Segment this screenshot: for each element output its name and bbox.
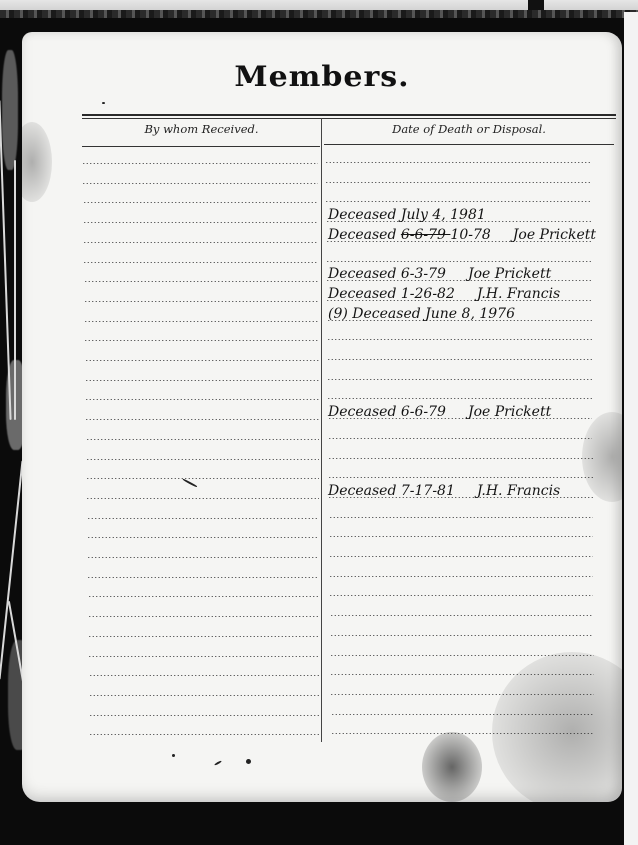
entry-date: 6-6-79 xyxy=(401,404,446,420)
dotted-rule-right xyxy=(330,674,593,675)
column-header-death: Date of Death or Disposal. xyxy=(322,122,616,136)
column-divider xyxy=(321,118,322,742)
entry-date: 10-78 xyxy=(450,227,490,243)
ledger-page: Members. By whom Received. Date of Death… xyxy=(22,32,622,802)
dotted-rule-left xyxy=(85,380,319,381)
dotted-rule-left xyxy=(87,577,319,578)
dotted-rule-right xyxy=(330,655,594,656)
dotted-rule-left xyxy=(83,222,318,223)
entry-signature: Joe Prickett xyxy=(468,404,551,420)
dotted-rule-right xyxy=(330,694,593,695)
dotted-rule-left xyxy=(89,675,320,676)
entry-label: Deceased xyxy=(328,286,401,302)
entry-signature: Joe Prickett xyxy=(468,266,551,282)
dotted-rule-right xyxy=(329,536,593,537)
dotted-rule-left xyxy=(87,557,319,558)
dotted-rule-left xyxy=(84,321,318,322)
dotted-rule-left xyxy=(84,281,319,282)
dotted-rule-right xyxy=(329,517,593,518)
entry-date: 6-3-79 xyxy=(401,266,446,282)
header-rule-left xyxy=(82,146,320,147)
dotted-rule-right xyxy=(330,635,594,636)
death-entry: Deceased 6-6-79Joe Prickett xyxy=(328,405,551,419)
entry-signature: J.H. Francis xyxy=(477,286,560,302)
header-rule-top-thin xyxy=(82,118,616,119)
death-entry: (9) Deceased June 8, 1976 xyxy=(328,307,515,321)
dotted-rule-left xyxy=(85,360,319,361)
dotted-rule-left xyxy=(87,518,319,519)
dotted-rule-right xyxy=(325,201,591,202)
dotted-rule-right xyxy=(326,261,592,262)
death-entry: Deceased July 4, 1981 xyxy=(328,208,486,222)
entry-label: Deceased xyxy=(328,227,401,243)
death-entry: Deceased 1-26-82J.H. Francis xyxy=(328,287,560,301)
dotted-rule-left xyxy=(88,636,319,637)
scanner-right-margin xyxy=(624,12,638,845)
dotted-rule-left xyxy=(86,439,319,440)
death-entry: Deceased 7-17-81J.H. Francis xyxy=(328,484,560,498)
dotted-rule-right xyxy=(327,359,592,360)
dotted-rule-right xyxy=(328,458,593,459)
dotted-rule-right xyxy=(327,379,592,380)
page-title: Members. xyxy=(22,61,622,93)
death-entry: Deceased 6-6-79 10-78Joe Prickett xyxy=(328,228,596,242)
book-top-edge xyxy=(0,10,638,18)
dotted-rule-right xyxy=(325,182,591,183)
dotted-rule-left xyxy=(83,262,318,263)
dotted-rule-right xyxy=(327,398,592,399)
entry-signature: Joe Prickett xyxy=(513,227,596,243)
entry-date: 7-17-81 xyxy=(401,483,455,499)
column-header-received: By whom Received. xyxy=(82,122,321,136)
dotted-rule-left xyxy=(88,656,319,657)
dotted-rule-left xyxy=(83,202,319,203)
dotted-rule-left xyxy=(88,596,320,597)
dotted-rule-left xyxy=(88,616,319,617)
entry-signature: J.H. Francis xyxy=(477,483,560,499)
entry-date: 1-26-82 xyxy=(401,286,455,302)
dotted-rule-right xyxy=(330,615,594,616)
dotted-rule-right xyxy=(329,576,593,577)
dotted-rule-right xyxy=(328,438,593,439)
dotted-rule-right xyxy=(329,595,593,596)
dotted-rule-left xyxy=(86,459,319,460)
header-rule-top xyxy=(82,114,616,116)
dotted-rule-left xyxy=(86,498,319,499)
dotted-rule-right xyxy=(331,733,594,734)
dotted-rule-left xyxy=(84,340,318,341)
dotted-rule-right xyxy=(325,162,591,163)
entry-label: Deceased xyxy=(328,404,401,420)
dotted-rule-left xyxy=(87,537,319,538)
entry-struck-date: 6-6-79 xyxy=(401,227,451,243)
entry-label: Deceased xyxy=(328,207,401,223)
dotted-rule-left xyxy=(89,715,319,716)
dotted-rule-left xyxy=(82,183,318,184)
dotted-rule-left xyxy=(85,399,319,400)
dotted-rule-left xyxy=(84,301,319,302)
entry-label: (9) Deceased xyxy=(328,306,425,322)
dotted-rule-left xyxy=(83,242,318,243)
dotted-rule-right xyxy=(327,339,592,340)
entry-label: Deceased xyxy=(328,266,401,282)
dotted-rule-left xyxy=(82,163,318,164)
entry-label: Deceased xyxy=(328,483,401,499)
entry-date: June 8, 1976 xyxy=(425,306,515,322)
dotted-rule-right xyxy=(329,556,593,557)
header-rule-right xyxy=(324,144,614,145)
dotted-rule-right xyxy=(328,477,592,478)
dotted-rule-left xyxy=(89,695,320,696)
death-entry: Deceased 6-3-79Joe Prickett xyxy=(328,267,551,281)
dotted-rule-left xyxy=(85,419,318,420)
dotted-rule-left xyxy=(89,734,319,735)
entry-date: July 4, 1981 xyxy=(401,207,486,223)
dotted-rule-right xyxy=(331,714,594,715)
dotted-rule-left xyxy=(86,478,319,479)
